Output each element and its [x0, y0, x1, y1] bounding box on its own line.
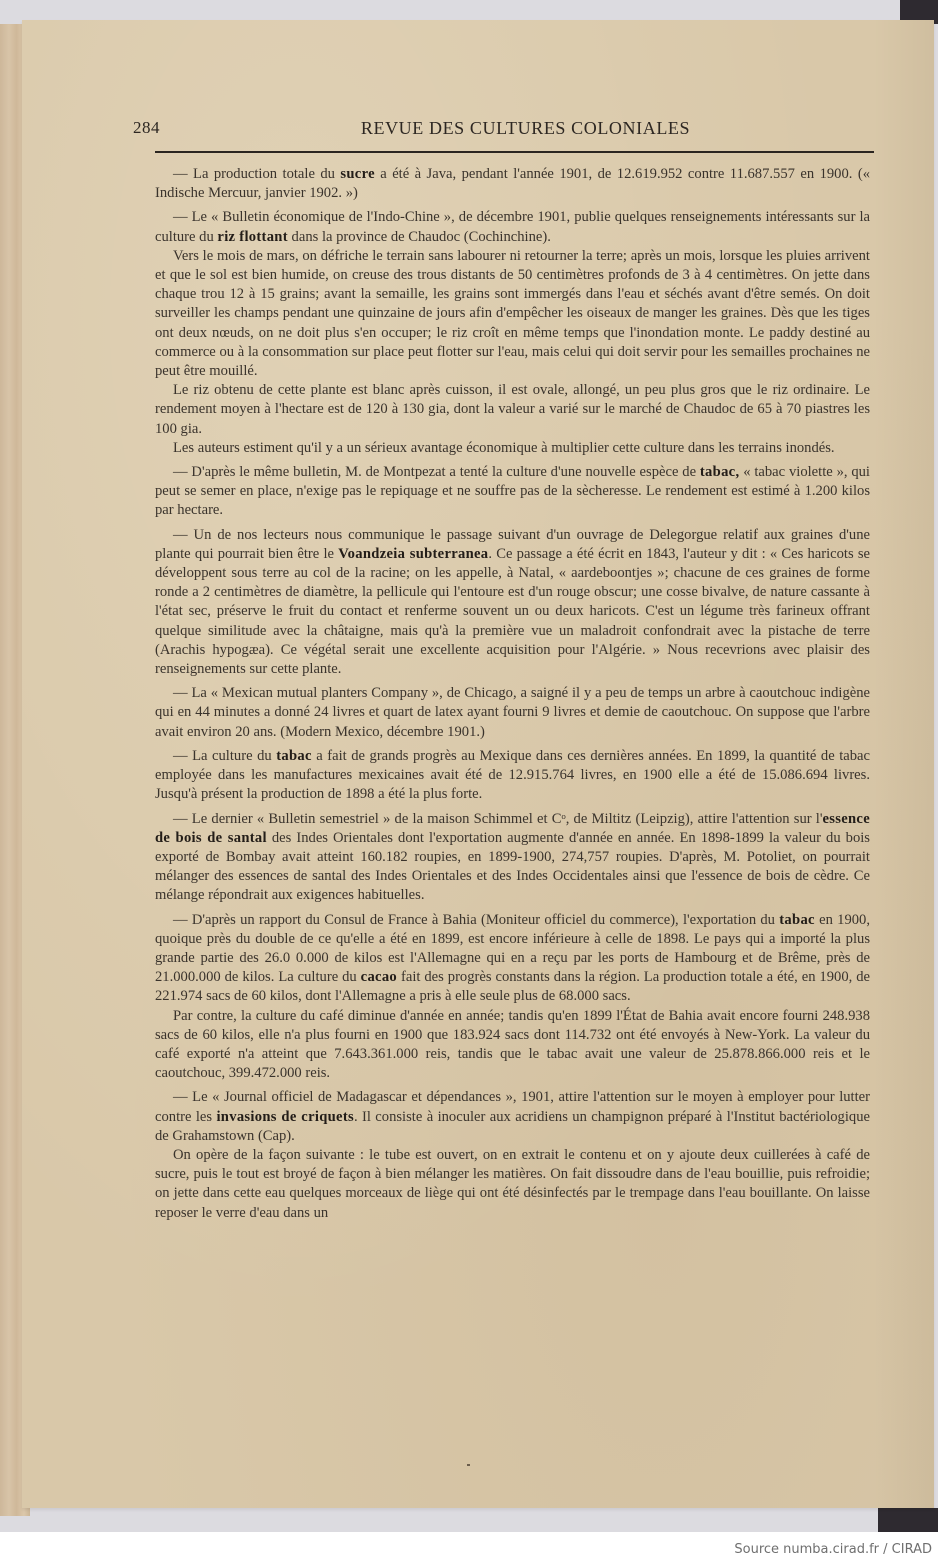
text-run: Vers le mois de mars, on défriche le ter… [155, 248, 870, 379]
text-run: — Le dernier « Bulletin semestriel » de … [173, 811, 823, 827]
paragraph: Vers le mois de mars, on défriche le ter… [155, 247, 870, 381]
text-run: On opère de la façon suivante : le tube … [155, 1147, 870, 1221]
text-run: — La « Mexican mutual planters Company »… [155, 685, 870, 739]
emphasized-term: tabac [779, 912, 815, 928]
paragraph: — D'après le même bulletin, M. de Montpe… [155, 463, 870, 521]
header-rule [155, 151, 874, 153]
emphasized-term: cacao [361, 969, 397, 985]
paragraph: — Le « Journal officiel de Madagascar et… [155, 1088, 870, 1146]
paragraph: Par contre, la culture du café diminue d… [155, 1007, 870, 1084]
text-run: Par contre, la culture du café diminue d… [155, 1008, 870, 1082]
paragraph: — La culture du tabac a fait de grands p… [155, 747, 870, 805]
paragraph: On opère de la façon suivante : le tube … [155, 1146, 870, 1223]
text-run: . Ce passage a été écrit en 1843, l'aute… [155, 546, 870, 677]
emphasized-term: sucre [340, 166, 374, 182]
text-run: — La culture du [173, 748, 276, 764]
paragraph: — Le dernier « Bulletin semestriel » de … [155, 810, 870, 906]
text-run: — D'après un rapport du Consul de France… [173, 912, 779, 928]
emphasized-term: riz flottant [217, 229, 287, 245]
emphasized-term: tabac, [700, 464, 740, 480]
text-run: Les auteurs estiment qu'il y a un sérieu… [173, 440, 835, 456]
article-body: — La production totale du sucre a été à … [155, 165, 870, 1223]
paragraph: — Un de nos lecteurs nous communique le … [155, 526, 870, 680]
paragraph: Les auteurs estiment qu'il y a un sérieu… [155, 439, 870, 458]
source-attribution: Source numba.cirad.fr / CIRAD [734, 1542, 932, 1557]
page-shade [874, 20, 934, 1508]
scanner-edge-bottom [878, 1508, 938, 1532]
paragraph: — La production totale du sucre a été à … [155, 165, 870, 203]
print-mark [467, 1464, 470, 1466]
emphasized-term: invasions de criquets [216, 1109, 354, 1125]
emphasized-term: Voandzeia subterranea [338, 546, 488, 562]
emphasized-term: tabac [276, 748, 312, 764]
page-number: 284 [133, 118, 160, 138]
page-header: 284 REVUE DES CULTURES COLONIALES [133, 100, 873, 130]
paragraph: Le riz obtenu de cette plante est blanc … [155, 381, 870, 439]
text-run: dans la province de Chaudoc (Cochinchine… [288, 229, 551, 245]
paragraph: — La « Mexican mutual planters Company »… [155, 684, 870, 742]
text-run: — La production totale du [173, 166, 340, 182]
paragraph: — D'après un rapport du Consul de France… [155, 911, 870, 1007]
text-run: Le riz obtenu de cette plante est blanc … [155, 382, 870, 436]
running-title: REVUE DES CULTURES COLONIALES [178, 118, 873, 139]
paragraph: — Le « Bulletin économique de l'Indo-Chi… [155, 208, 870, 246]
text-run: — D'après le même bulletin, M. de Montpe… [173, 464, 700, 480]
